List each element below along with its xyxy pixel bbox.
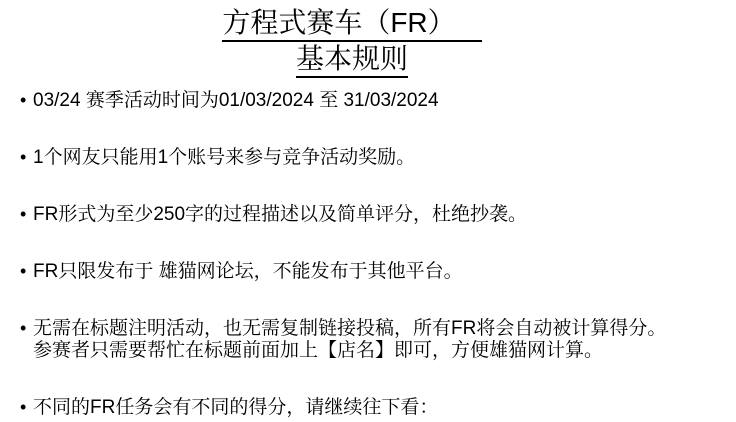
bullet-item-season-dates: 03/24 赛季活动时间为01/03/2024 至 31/03/2024 (20, 90, 728, 112)
bullet-item-scoring-note: 不同的FR任务会有不同的得分，请继续往下看： (20, 397, 728, 419)
bullet-item-platform-restriction: FR只限发布于 雄猫网论坛，不能发布于其他平台。 (20, 261, 728, 283)
bullet-item-title-naming: 无需在标题注明活动，也无需复制链接投稿，所有FR将会自动被计算得分。 参赛者只需… (20, 318, 728, 362)
page-title: 方程式赛车（FR） 基本规则 (0, 6, 720, 78)
bullet-item-one-account: 1个网友只能用1个账号来参与竞争活动奖励。 (20, 147, 728, 169)
page-title-line-1: 方程式赛车（FR） (0, 6, 720, 42)
page-title-line-2: 基本规则 (0, 42, 720, 78)
bullet-item-fr-format: FR形式为至少250字的过程描述以及简单评分，杜绝抄袭。 (20, 204, 728, 226)
rules-bullet-list: 03/24 赛季活动时间为01/03/2024 至 31/03/2024 1个网… (0, 90, 736, 419)
slide-page: 方程式赛车（FR） 基本规则 03/24 赛季活动时间为01/03/2024 至… (0, 0, 736, 422)
page-title-line-2-text: 基本规则 (296, 42, 408, 78)
page-title-line-1-text: 方程式赛车（FR） (222, 6, 481, 42)
